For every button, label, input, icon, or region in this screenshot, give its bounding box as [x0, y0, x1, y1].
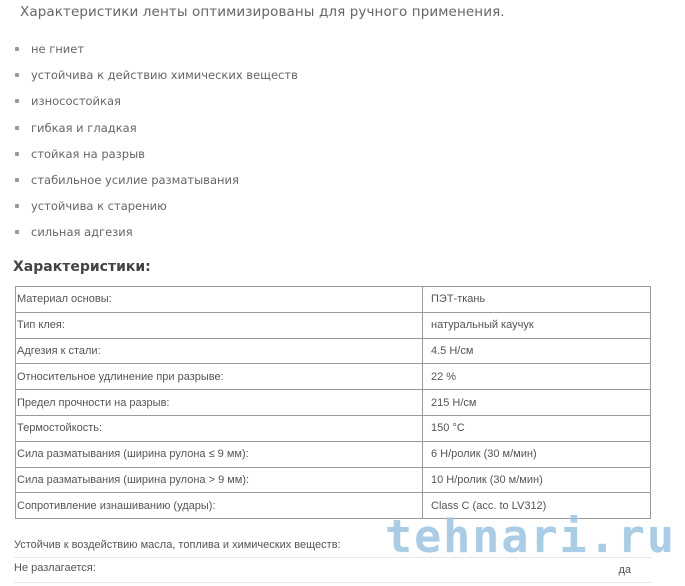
- feature-item: износостойкая: [14, 91, 298, 117]
- feature-text: не гниет: [31, 39, 84, 59]
- spec-value: 6 Н/ролик (30 м/мин): [423, 441, 651, 467]
- table-row: Материал основы:ПЭТ-ткань: [16, 287, 651, 313]
- spec-value: 10 Н/ролик (30 м/мин): [423, 467, 651, 493]
- spec-label: Сила разматывания (ширина рулона ≤ 9 мм)…: [16, 441, 423, 467]
- feature-item: устойчива к старению: [14, 196, 298, 222]
- spec-label: Предел прочности на разрыв:: [16, 390, 423, 416]
- table-row: Предел прочности на разрыв:215 Н/см: [16, 390, 651, 416]
- table-row: Сопротивление изнашиванию (удары):Class …: [16, 493, 651, 519]
- spec-label: Материал основы:: [16, 287, 423, 313]
- spec-label: Термостойкость:: [16, 415, 423, 441]
- extra-row-chemical-resistance: Устойчив к воздействию масла, топлива и …: [14, 535, 652, 558]
- feature-item: устойчива к действию химических веществ: [14, 65, 298, 91]
- extra-value: да: [618, 564, 631, 576]
- spec-value: 22 %: [423, 364, 651, 390]
- table-row: Сила разматывания (ширина рулона > 9 мм)…: [16, 467, 651, 493]
- spec-label: Тип клея:: [16, 312, 423, 338]
- bullet-icon: [15, 152, 19, 156]
- spec-value: 4.5 Н/см: [423, 338, 651, 364]
- feature-text: стойкая на разрыв: [31, 144, 145, 164]
- spec-value: натуральный каучук: [423, 312, 651, 338]
- spec-label: Относительное удлинение при разрыве:: [16, 364, 423, 390]
- bullet-icon: [15, 73, 19, 77]
- spec-value: 215 Н/см: [423, 390, 651, 416]
- table-row: Сила разматывания (ширина рулона ≤ 9 мм)…: [16, 441, 651, 467]
- spec-label: Адгезия к стали:: [16, 338, 423, 364]
- spec-value: Class C (acc. to LV312): [423, 493, 651, 519]
- feature-text: гибкая и гладкая: [31, 118, 137, 138]
- extra-row-non-decomposing: Не разлагается: да: [14, 558, 652, 583]
- table-row: Адгезия к стали:4.5 Н/см: [16, 338, 651, 364]
- spec-label: Сопротивление изнашиванию (удары):: [16, 493, 423, 519]
- feature-item: стабильное усилие разматывания: [14, 170, 298, 196]
- spec-value: 150 °C: [423, 415, 651, 441]
- feature-item: сильная адгезия: [14, 222, 298, 248]
- table-row: Относительное удлинение при разрыве:22 %: [16, 364, 651, 390]
- spec-value: ПЭТ-ткань: [423, 287, 651, 313]
- feature-item: не гниет: [14, 39, 298, 65]
- feature-text: устойчива к старению: [31, 196, 167, 216]
- bullet-icon: [15, 47, 19, 51]
- table-row: Термостойкость:150 °C: [16, 415, 651, 441]
- bullet-icon: [15, 204, 19, 208]
- feature-list: не гниет устойчива к действию химических…: [14, 39, 298, 249]
- specs-heading: Характеристики:: [13, 259, 151, 275]
- specs-table: Материал основы:ПЭТ-ткань Тип клея:натур…: [15, 286, 651, 519]
- feature-item: гибкая и гладкая: [14, 118, 298, 144]
- feature-text: стабильное усилие разматывания: [31, 170, 239, 190]
- extra-label: Устойчив к воздействию масла, топлива и …: [14, 539, 341, 551]
- feature-item: стойкая на разрыв: [14, 144, 298, 170]
- intro-text: Характеристики ленты оптимизированы для …: [20, 4, 505, 20]
- bullet-icon: [15, 99, 19, 103]
- feature-text: износостойкая: [31, 91, 121, 111]
- extra-label: Не разлагается:: [14, 562, 96, 574]
- bullet-icon: [15, 178, 19, 182]
- bullet-icon: [15, 230, 19, 234]
- table-row: Тип клея:натуральный каучук: [16, 312, 651, 338]
- spec-label: Сила разматывания (ширина рулона > 9 мм)…: [16, 467, 423, 493]
- bullet-icon: [15, 126, 19, 130]
- feature-text: устойчива к действию химических веществ: [31, 65, 298, 85]
- feature-text: сильная адгезия: [31, 222, 133, 242]
